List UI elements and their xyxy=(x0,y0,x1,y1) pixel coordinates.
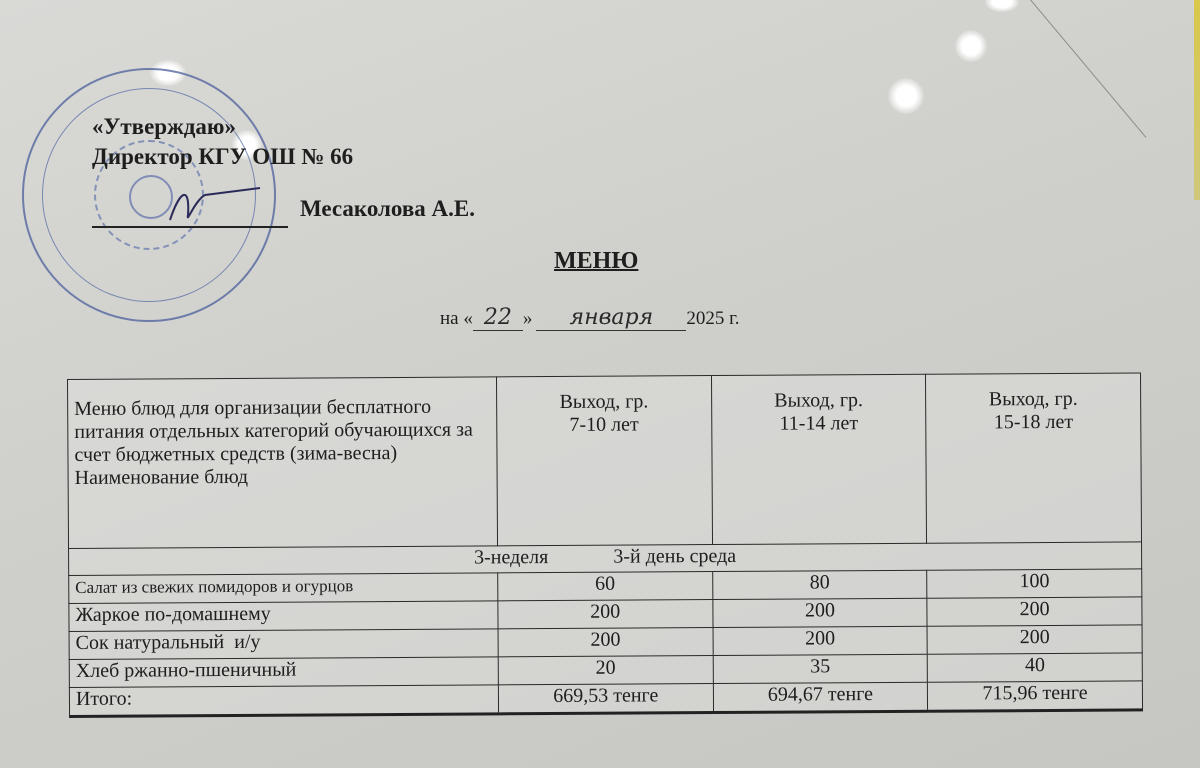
portion-15-18: 200 xyxy=(927,625,1142,654)
portion-11-14: 35 xyxy=(713,654,928,683)
dish-name: Жаркое по-домашнему xyxy=(69,601,498,632)
portion-7-10: 200 xyxy=(498,628,713,657)
document-title: МЕНЮ xyxy=(554,248,638,275)
light-glare xyxy=(985,0,1019,12)
total-label: Итого: xyxy=(69,685,498,717)
header-col-line2: 7-10 лет xyxy=(503,413,705,437)
date-suffix: 2025 г. xyxy=(686,308,739,329)
portion-11-14: 80 xyxy=(712,570,927,599)
total-7-10: 669,53 тенге xyxy=(498,684,713,714)
background-yellow-edge xyxy=(1194,0,1200,200)
header-col-15-18: Выход, гр. 15-18 лет xyxy=(926,373,1142,543)
portion-7-10: 200 xyxy=(498,600,713,629)
header-dish-name: Меню блюд для организации бесплатного пи… xyxy=(68,377,498,549)
plastic-sleeve-fold xyxy=(1030,0,1146,138)
date-mid: » xyxy=(523,308,533,329)
header-col-11-14: Выход, гр. 11-14 лет xyxy=(711,374,927,544)
approval-block: «Утверждаю» Директор КГУ ОШ № 66 xyxy=(92,112,353,172)
portion-15-18: 100 xyxy=(927,569,1142,598)
director-name: Месаколова А.Е. xyxy=(300,196,475,222)
portion-7-10: 20 xyxy=(498,656,713,685)
header-col-line1: Выход, гр. xyxy=(503,390,705,414)
director-label: Директор КГУ ОШ № 66 xyxy=(92,142,353,172)
day-label: 3-й день среда xyxy=(613,545,736,569)
date-month: января xyxy=(536,305,686,331)
light-glare xyxy=(955,30,987,62)
header-col-line1: Выход, гр. xyxy=(932,387,1134,411)
approve-label: «Утверждаю» xyxy=(92,112,353,142)
portion-11-14: 200 xyxy=(713,626,928,655)
dish-name: Сок натуральный и/у xyxy=(69,629,498,660)
date-day: 22 xyxy=(473,305,523,331)
total-row: Итого: 669,53 тенге 694,67 тенге 715,96 … xyxy=(69,681,1142,717)
table-header-row: Меню блюд для организации бесплатного пи… xyxy=(68,373,1142,549)
signature-icon xyxy=(160,180,270,230)
signature-line xyxy=(92,226,288,228)
portion-15-18: 40 xyxy=(928,653,1143,682)
dish-name: Хлеб ржанно-пшеничный xyxy=(69,657,498,688)
header-col-line1: Выход, гр. xyxy=(718,389,920,413)
dish-name: Салат из свежих помидоров и огурцов xyxy=(69,573,498,604)
menu-table: Меню блюд для организации бесплатного пи… xyxy=(67,372,1143,718)
total-11-14: 694,67 тенге xyxy=(713,682,928,712)
header-col-line2: 11-14 лет xyxy=(718,412,920,436)
header-col-7-10: Выход, гр. 7-10 лет xyxy=(496,376,712,546)
portion-11-14: 200 xyxy=(713,598,928,627)
portion-15-18: 200 xyxy=(927,597,1142,626)
date-prefix: на « xyxy=(440,308,473,329)
header-col-line2: 15-18 лет xyxy=(933,410,1135,434)
menu-date: на «22»января2025 г. xyxy=(440,305,740,331)
week-label: 3-неделя xyxy=(474,546,548,569)
light-glare xyxy=(888,78,924,114)
total-15-18: 715,96 тенге xyxy=(928,681,1143,711)
portion-7-10: 60 xyxy=(498,572,713,601)
